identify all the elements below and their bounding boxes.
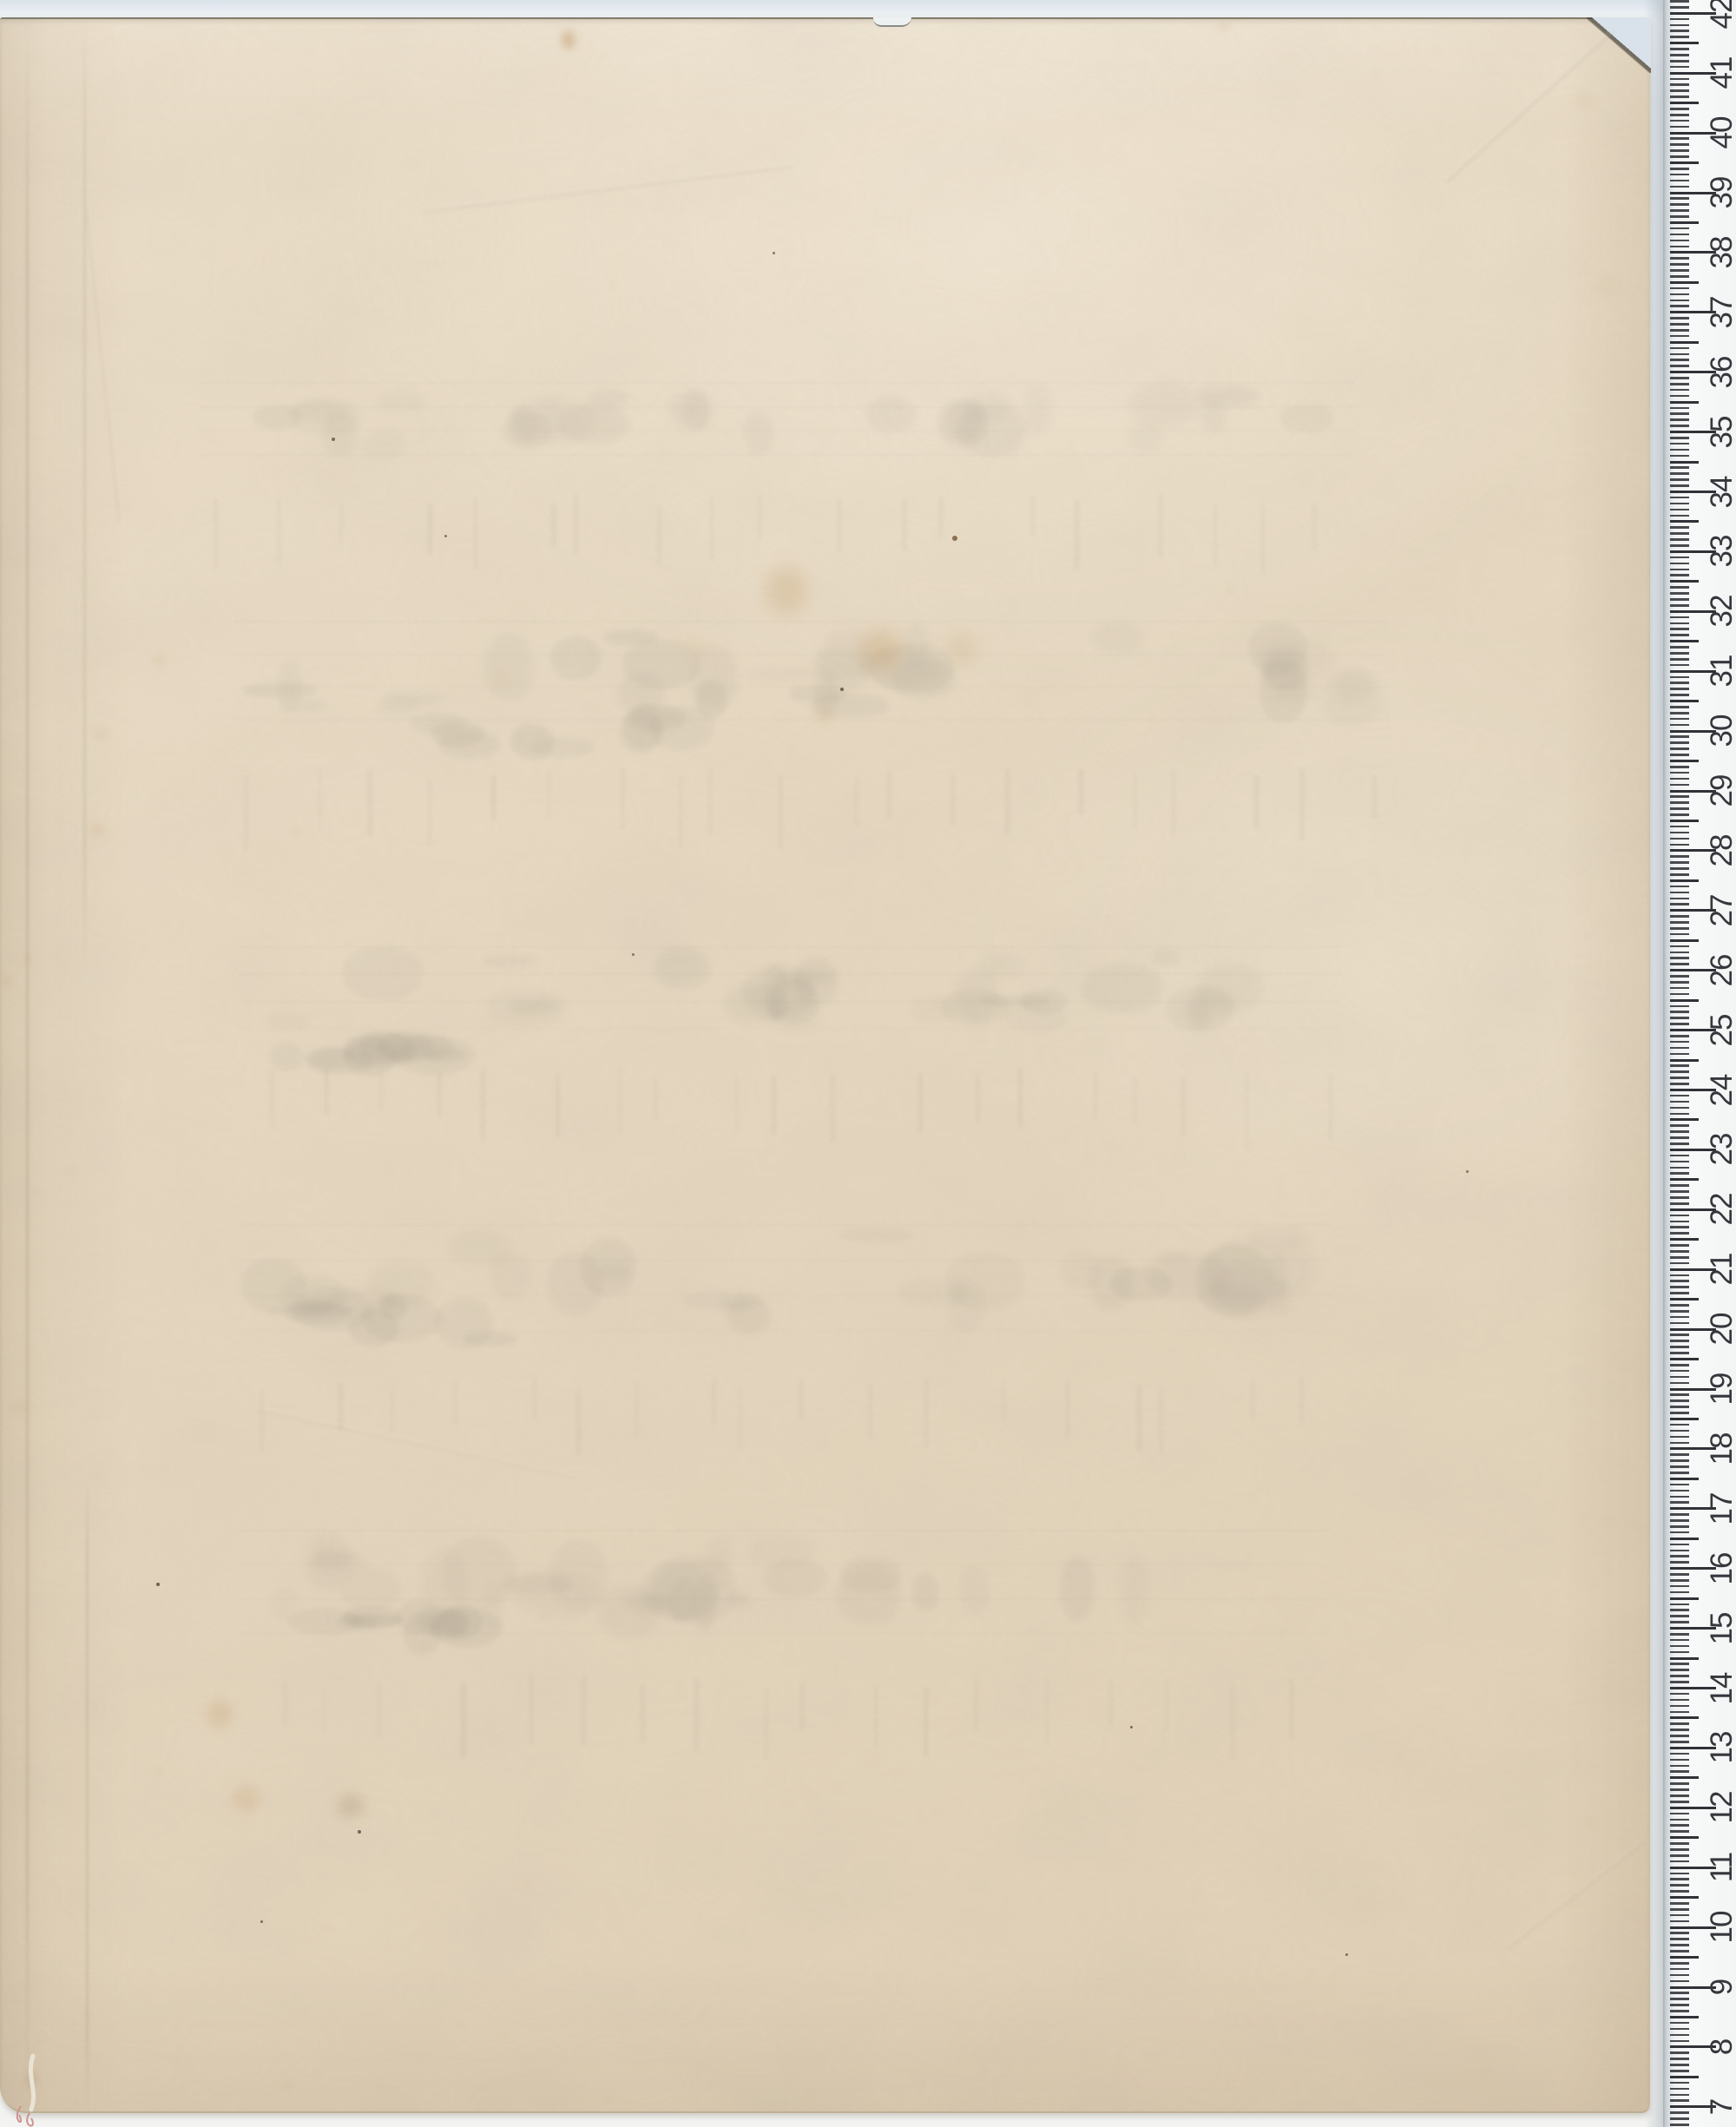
ruler-tick: [1670, 898, 1689, 900]
ruler-tick: [1670, 1884, 1689, 1887]
ruler-tick: [1670, 688, 1689, 690]
ruler-tick: [1670, 1716, 1699, 1719]
ruler-tick: [1670, 108, 1689, 110]
ruler-tick: [1670, 1819, 1689, 1821]
ruler-number-label: 18: [1706, 1433, 1736, 1465]
ruler-number-label: 42: [1706, 0, 1736, 29]
ruler-tick: [1670, 1053, 1689, 1056]
ruler-tick: [1670, 1155, 1689, 1157]
ruler-tick: [1670, 2034, 1689, 2037]
ruler-tick: [1670, 963, 1689, 965]
ruler-tick: [1670, 915, 1689, 918]
ruler-tick: [1670, 1770, 1689, 1773]
ruler-tick: [1670, 1424, 1689, 1426]
ruler-tick: [1670, 78, 1689, 81]
ruler-tick: [1670, 1525, 1689, 1528]
ruler-tick: [1670, 1304, 1689, 1307]
ruler-tick: [1670, 563, 1689, 565]
ruler-tick: [1670, 592, 1689, 595]
ruler-tick: [1670, 1238, 1699, 1241]
ruler-tick: [1670, 772, 1689, 774]
ruler-tick: [1670, 1101, 1689, 1103]
ruler-tick: [1670, 1842, 1689, 1845]
ruler-tick: [1670, 1657, 1699, 1660]
ruler-tick: [1670, 807, 1689, 810]
ruler-tick: [1670, 1274, 1689, 1277]
ruler-tick: [1670, 1645, 1689, 1648]
ruler-tick: [1670, 137, 1689, 140]
ruler-number-label: 26: [1706, 955, 1736, 986]
ruler-tick: [1670, 569, 1689, 571]
ruler-number-label: 15: [1706, 1613, 1736, 1644]
ruler-tick: [1670, 1519, 1689, 1522]
ruler-tick: [1670, 1017, 1689, 1019]
ruler-tick: [1670, 437, 1689, 439]
ruler-number-label: 32: [1706, 596, 1736, 627]
ruler-tick: [1670, 1136, 1689, 1139]
ruler-tick: [1670, 1550, 1689, 1552]
ruler-tick: [1670, 1992, 1689, 1994]
ruler-tick: [1670, 987, 1689, 990]
ruler-tick: [1670, 359, 1689, 361]
ruler-tick: [1670, 455, 1689, 458]
ruler-tick: [1670, 1023, 1689, 1025]
ruler-tick: [1670, 795, 1689, 798]
ruler-tick: [1670, 1124, 1689, 1127]
ruler-tick: [1670, 1292, 1689, 1294]
ruler: 4241403938373635343332313029282726252423…: [1663, 0, 1736, 2127]
ruler-tick: [1670, 1143, 1689, 1145]
ruler-tick: [1670, 760, 1699, 762]
ruler-tick: [1670, 1310, 1689, 1313]
ruler-number-label: 41: [1706, 57, 1736, 89]
ruler-tick: [1670, 1113, 1689, 1116]
ruler-tick: [1670, 66, 1689, 69]
ruler-tick: [1670, 1813, 1689, 1815]
ruler-tick: [1670, 838, 1689, 840]
ruler-tick: [1670, 1956, 1699, 1959]
ruler-tick: [1670, 879, 1699, 882]
ruler-tick: [1670, 1711, 1689, 1714]
ruler-number-label: 29: [1706, 775, 1736, 807]
ruler-tick: [1670, 1639, 1689, 1642]
ruler-tick: [1670, 1167, 1689, 1169]
ruler-tick: [1670, 544, 1689, 547]
top-edge-notch: [873, 17, 911, 27]
ruler-number-label: 28: [1706, 835, 1736, 866]
paper-sheet: [0, 17, 1650, 2113]
ruler-number-label: 14: [1706, 1673, 1736, 1704]
ruler-tick: [1670, 1412, 1689, 1414]
ruler-tick: [1670, 1788, 1689, 1791]
ruler-number-label: 37: [1706, 297, 1736, 328]
ruler-tick: [1670, 1538, 1699, 1540]
ruler-tick: [1670, 1005, 1689, 1008]
ruler-tick: [1670, 186, 1689, 188]
ruler-tick: [1670, 1699, 1689, 1702]
ruler-tick: [1670, 1035, 1689, 1037]
ruler-tick: [1670, 1782, 1689, 1785]
ruler-tick: [1670, 143, 1689, 146]
ruler-tick: [1670, 718, 1689, 721]
ruler-tick: [1670, 1669, 1689, 1671]
ruler-tick: [1670, 754, 1689, 756]
ruler-tick: [1670, 520, 1699, 523]
ruler-tick: [1670, 1202, 1689, 1205]
ruler-tick: [1670, 209, 1689, 212]
ruler-tick: [1670, 329, 1689, 332]
ruler-tick: [1670, 580, 1699, 583]
ruler-tick: [1670, 1531, 1689, 1534]
ruler-tick: [1670, 999, 1699, 1002]
ruler-tick: [1670, 1465, 1689, 1468]
ruler-tick: [1670, 1496, 1689, 1498]
ruler-tick: [1670, 1722, 1689, 1725]
ruler-tick: [1670, 120, 1689, 122]
ruler-tick: [1670, 293, 1689, 296]
ruler-tick: [1670, 556, 1689, 559]
ruler-tick: [1670, 1226, 1689, 1228]
ruler-tick: [1670, 1603, 1689, 1606]
ruler-tick: [1670, 1860, 1689, 1863]
ruler-tick: [1670, 975, 1689, 978]
ruler-tick: [1670, 1513, 1689, 1516]
ruler-tick: [1670, 2064, 1689, 2066]
ruler-tick: [1670, 927, 1689, 930]
ruler-tick: [1670, 425, 1689, 427]
ruler-number-label: 19: [1706, 1373, 1736, 1405]
ruler-tick: [1670, 861, 1689, 864]
ruler-tick: [1670, 2058, 1689, 2060]
ruler-tick: [1670, 1118, 1699, 1121]
ruler-tick: [1670, 2117, 1689, 2120]
ruler-tick: [1670, 1064, 1689, 1067]
ruler-tick: [1670, 300, 1689, 302]
ruler-tick: [1670, 1011, 1689, 1013]
ruler-tick: [1670, 497, 1689, 499]
ruler-tick: [1670, 1848, 1689, 1851]
ruler-tick: [1670, 83, 1689, 86]
ruler-tick: [1670, 957, 1689, 959]
ruler-tick: [1670, 1896, 1699, 1899]
ruler-tick: [1670, 1399, 1689, 1402]
ruler-tick: [1670, 1591, 1689, 1594]
ruler-tick: [1670, 2051, 1689, 2054]
ruler-tick: [1670, 1794, 1689, 1797]
ruler-tick: [1670, 1250, 1689, 1253]
ruler-tick: [1670, 1854, 1689, 1857]
ruler-tick: [1670, 1490, 1689, 1492]
ruler-number-label: 33: [1706, 536, 1736, 567]
ruler-tick: [1670, 1681, 1689, 1683]
ruler-tick: [1670, 1346, 1689, 1348]
ruler-tick: [1670, 939, 1699, 942]
ruler-tick: [1670, 466, 1689, 469]
ruler-tick: [1670, 1393, 1689, 1396]
ruler-tick: [1670, 1633, 1689, 1636]
ruler-tick: [1670, 1968, 1689, 1971]
ruler-tick: [1670, 1190, 1689, 1193]
ruler-tick: [1670, 180, 1689, 182]
ruler-tick: [1670, 149, 1689, 152]
ruler-tick: [1670, 1890, 1689, 1893]
ruler-tick: [1670, 161, 1699, 164]
ruler-tick: [1670, 1980, 1689, 1983]
ruler-tick: [1670, 640, 1699, 642]
ruler-tick: [1670, 2040, 1689, 2043]
ruler-tick: [1670, 1974, 1689, 1977]
thread-cream: [30, 2056, 33, 2110]
ruler-tick: [1670, 1663, 1689, 1665]
ruler-tick: [1670, 622, 1689, 625]
ruler-number-label: 39: [1706, 177, 1736, 208]
ruler-tick: [1670, 36, 1689, 38]
ruler-tick: [1670, 1256, 1689, 1259]
ruler-tick: [1670, 395, 1689, 398]
ruler-tick: [1670, 197, 1689, 200]
ruler-tick: [1670, 305, 1689, 307]
ruler-tick: [1670, 1932, 1689, 1934]
ruler-tick: [1670, 503, 1689, 505]
ruler-tick: [1670, 1322, 1689, 1325]
ruler-tick: [1670, 347, 1689, 350]
ruler-tick: [1670, 844, 1689, 846]
ruler-tick: [1670, 532, 1689, 535]
ruler-tick: [1670, 1430, 1689, 1432]
ruler-tick: [1670, 628, 1689, 630]
ruler-tick: [1670, 2076, 1699, 2078]
ruler-tick: [1670, 903, 1689, 905]
ruler-tick: [1670, 407, 1689, 410]
ruler-tick: [1670, 472, 1689, 475]
ruler-tick: [1670, 538, 1689, 541]
ruler-tick: [1670, 1077, 1689, 1079]
ruler-tick: [1670, 747, 1689, 750]
ruler-number-label: 38: [1706, 237, 1736, 268]
ruler-tick: [1670, 484, 1689, 487]
ruler-tick: [1670, 168, 1689, 170]
ruler-number-label: 7: [1706, 2091, 1736, 2123]
ruler-number-label: 30: [1706, 715, 1736, 747]
ruler-tick: [1670, 658, 1689, 661]
ruler-tick: [1670, 1729, 1689, 1731]
ruler-number-label: 31: [1706, 655, 1736, 687]
scanned-page-photo: 4241403938373635343332313029282726252423…: [0, 0, 1736, 2127]
ruler-tick: [1670, 95, 1689, 98]
ruler-tick: [1670, 1944, 1689, 1946]
ruler-tick: [1670, 24, 1689, 27]
ruler-tick: [1670, 813, 1689, 816]
ruler-tick: [1670, 1836, 1699, 1839]
ruler-tick: [1670, 323, 1689, 326]
ruler-tick: [1670, 221, 1699, 224]
ruler-number-label: 16: [1706, 1553, 1736, 1584]
ruler-tick: [1670, 855, 1689, 858]
ruler-tick: [1670, 126, 1689, 128]
binding-thread: [0, 2049, 113, 2127]
ruler-tick: [1670, 598, 1689, 601]
ruler-tick: [1670, 1364, 1689, 1366]
ruler-number-label: 8: [1706, 2032, 1736, 2063]
ruler-tick: [1670, 1316, 1689, 1319]
ruler-tick: [1670, 341, 1699, 344]
ruler-tick: [1670, 1597, 1699, 1600]
paper-edge-shading: [0, 19, 1650, 2111]
ruler-tick: [1670, 1741, 1689, 1743]
ruler-tick: [1670, 246, 1689, 248]
ruler-tick: [1670, 1059, 1699, 1062]
ruler-tick: [1670, 945, 1689, 948]
ruler-tick: [1670, 1962, 1689, 1965]
ruler-number-label: 11: [1706, 1852, 1736, 1883]
ruler-tick: [1670, 735, 1689, 738]
ruler-tick: [1670, 682, 1689, 684]
ruler-tick: [1670, 1950, 1689, 1952]
ruler-tick: [1670, 174, 1689, 176]
ruler-tick: [1670, 1501, 1689, 1504]
ruler-tick: [1670, 1824, 1689, 1827]
ruler-tick: [1670, 461, 1699, 464]
ruler-tick: [1670, 741, 1689, 744]
ruler-number-label: 20: [1706, 1314, 1736, 1345]
ruler-tick: [1670, 2111, 1689, 2114]
ruler-tick: [1670, 1555, 1689, 1557]
ruler-tick: [1670, 1041, 1689, 1044]
ruler-tick: [1670, 2124, 1689, 2126]
ruler-tick: [1670, 1406, 1689, 1408]
ruler-tick: [1670, 2099, 1689, 2102]
ruler-tick: [1670, 921, 1689, 924]
ruler-tick: [1670, 1873, 1689, 1875]
ruler-tick: [1670, 227, 1689, 230]
ruler-tick: [1670, 1083, 1689, 1085]
ruler-tick: [1670, 42, 1699, 44]
ruler-tick: [1670, 1298, 1699, 1301]
ruler-tick: [1670, 317, 1689, 319]
ruler-tick: [1670, 867, 1689, 870]
ruler-tick: [1670, 30, 1689, 32]
ruler-tick: [1670, 712, 1689, 714]
ruler-tick: [1670, 2094, 1689, 2097]
ruler-tick: [1670, 1484, 1689, 1486]
ruler-number-label: 23: [1706, 1134, 1736, 1165]
ruler-tick: [1670, 2082, 1689, 2084]
ruler-tick: [1670, 801, 1689, 804]
ruler-tick: [1670, 1705, 1689, 1708]
ruler-tick: [1670, 826, 1689, 828]
ruler-tick: [1670, 1418, 1699, 1420]
ruler-number-label: 17: [1706, 1493, 1736, 1524]
ruler-number-label: 10: [1706, 1912, 1736, 1943]
ruler-tick: [1670, 1920, 1689, 1923]
ruler-tick: [1670, 892, 1689, 894]
ruler-tick: [1670, 240, 1689, 242]
ruler-tick: [1670, 1442, 1689, 1445]
ruler-tick: [1670, 1776, 1699, 1779]
ruler-tick: [1670, 1172, 1689, 1175]
ruler-tick: [1670, 54, 1689, 56]
ruler-tick: [1670, 449, 1689, 451]
ruler-number-label: 22: [1706, 1194, 1736, 1225]
ruler-tick: [1670, 1262, 1689, 1265]
ruler-tick: [1670, 48, 1689, 50]
ruler-tick: [1670, 1070, 1689, 1073]
ruler-tick: [1670, 784, 1689, 787]
ruler-tick: [1670, 257, 1689, 260]
ruler-tick: [1670, 1436, 1689, 1439]
ruler-number-label: 24: [1706, 1075, 1736, 1106]
ruler-tick: [1670, 993, 1689, 996]
ruler-tick: [1670, 981, 1689, 984]
ruler-tick: [1670, 60, 1689, 63]
ruler-tick: [1670, 646, 1689, 649]
ruler-tick: [1670, 586, 1689, 589]
ruler-tick: [1670, 724, 1689, 727]
ruler-tick: [1670, 1178, 1699, 1181]
ruler-number-label: 34: [1706, 477, 1736, 508]
ruler-tick: [1670, 634, 1689, 636]
ruler-tick: [1670, 1573, 1689, 1576]
ruler-tick: [1670, 365, 1689, 367]
ruler-tick: [1670, 1376, 1689, 1379]
ruler-tick: [1670, 389, 1689, 392]
ruler-tick: [1670, 1047, 1689, 1050]
ruler-tick: [1670, 820, 1699, 822]
ruler-tick: [1670, 412, 1689, 415]
ruler-tick: [1670, 1609, 1689, 1611]
ruler-tick: [1670, 2070, 1689, 2072]
ruler-tick: [1670, 0, 1689, 3]
ruler-number-label: 36: [1706, 357, 1736, 388]
ruler-tick: [1670, 1693, 1689, 1696]
ruler-tick: [1670, 652, 1689, 655]
ruler-tick: [1670, 287, 1689, 290]
ruler-tick: [1670, 89, 1689, 92]
ruler-tick: [1670, 1830, 1689, 1833]
ruler-tick: [1670, 281, 1699, 284]
ruler-number-label: 13: [1706, 1732, 1736, 1763]
ruler-tick: [1670, 263, 1689, 266]
ruler-tick: [1670, 766, 1689, 768]
ruler-tick: [1670, 933, 1689, 936]
ruler-tick: [1670, 6, 1689, 9]
ruler-number-label: 35: [1706, 417, 1736, 448]
ruler-tick: [1670, 2016, 1699, 2018]
ruler-tick: [1670, 694, 1689, 696]
ruler-tick: [1670, 1358, 1699, 1360]
ruler-tick: [1670, 832, 1689, 834]
ruler-tick: [1670, 1453, 1689, 1456]
ruler-tick: [1670, 509, 1689, 511]
ruler-tick: [1670, 1286, 1689, 1288]
ruler-tick: [1670, 664, 1689, 667]
ruler-tick: [1670, 1340, 1689, 1342]
ruler-tick: [1670, 1244, 1689, 1247]
ruler-number-label: 9: [1706, 1972, 1736, 2003]
ruler-tick: [1670, 526, 1689, 529]
ruler-number-label: 12: [1706, 1792, 1736, 1823]
ruler-tick: [1670, 377, 1689, 379]
ruler-tick: [1670, 1561, 1689, 1564]
ruler-tick: [1670, 1130, 1689, 1133]
ruler-tick: [1670, 383, 1689, 385]
clipped-corner: [1587, 17, 1651, 73]
ruler-tick: [1670, 102, 1699, 104]
ruler-tick: [1670, 353, 1689, 356]
ruler-tick: [1670, 1370, 1689, 1373]
ruler-tick: [1670, 873, 1689, 876]
ruler-tick: [1670, 18, 1689, 21]
